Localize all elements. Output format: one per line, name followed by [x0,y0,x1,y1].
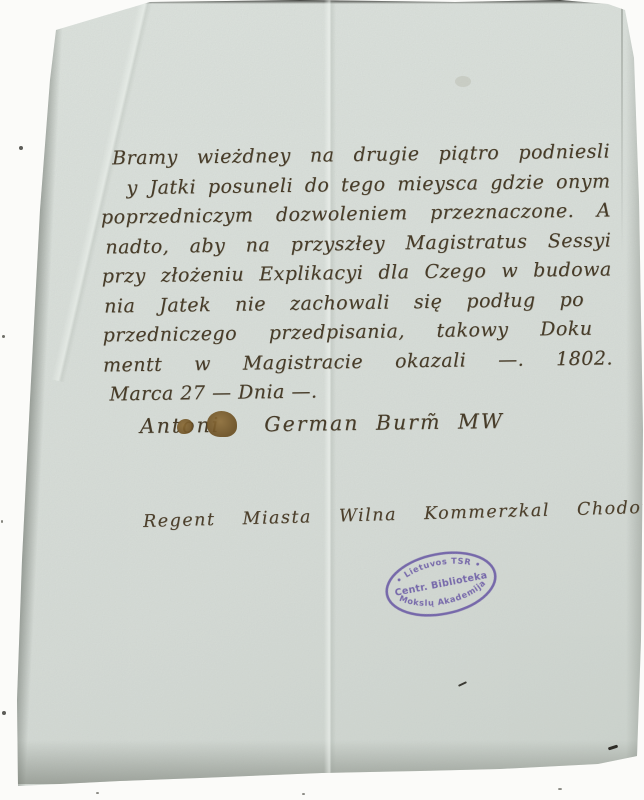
paper-top-edge-shadow [128,0,644,4]
scan-background: Bramy wieżdney na drugie piątro podniesl… [0,0,644,800]
document-page: Bramy wieżdney na drugie piątro podniesl… [0,0,644,800]
scan-speck [2,711,6,715]
scan-speck [302,793,305,795]
paper-smudge [455,76,471,87]
paper-left-edge-shadow [9,22,63,788]
ink-speck [458,681,467,687]
scan-speck [96,792,99,794]
scan-speck [2,335,5,338]
manuscript-text-block: Bramy wieżdney na drugie piątro podniesl… [98,137,614,441]
clerk-signature-line: Regent Miasta Wilna Kommerzkal Chodowicz [143,498,643,532]
manuscript-line-date: Marca 27 — Dnia —. [101,373,613,410]
ink-blot [177,419,193,434]
paper-fold-line [621,6,623,256]
scan-speck [1,520,3,523]
ink-blot [207,411,237,437]
scan-speck [558,788,562,790]
paper-right-edge-shadow [626,0,644,760]
library-stamp: • Lietuvos TSR • Centr. Biblioteka Moksl… [368,533,514,635]
scan-speck [19,146,23,150]
signature-title: German Burm̃ MW [264,408,504,435]
